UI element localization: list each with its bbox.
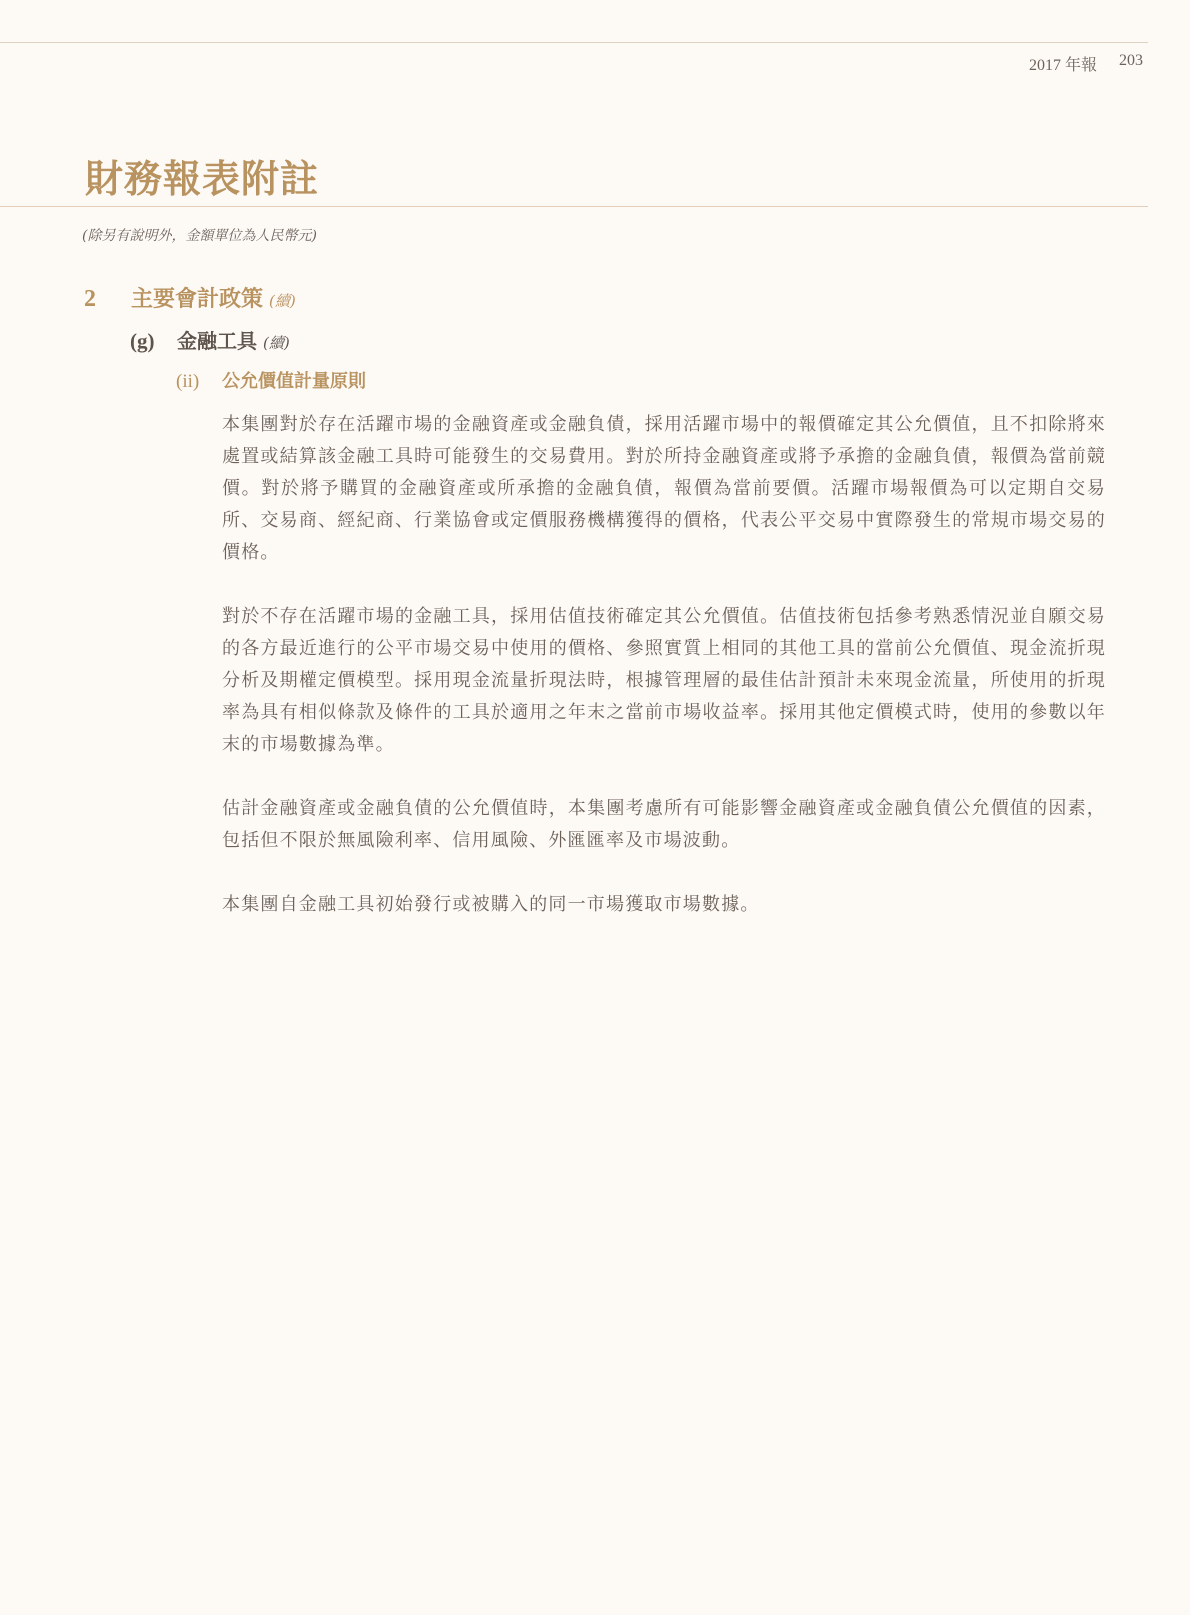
paragraph: 對於不存在活躍市場的金融工具，採用估值技術確定其公允價值。估值技術包括參考熟悉情… <box>222 601 1106 761</box>
paragraph: 本集團自金融工具初始發行或被購入的同一市場獲取市場數據。 <box>222 889 1106 921</box>
section-continued: (續) <box>269 290 296 311</box>
page-number: 203 <box>1119 52 1143 75</box>
item-number: (ii) <box>176 371 222 393</box>
item-title: 公允價值計量原則 <box>222 367 366 393</box>
item-heading: (ii) 公允價值計量原則 <box>176 367 366 393</box>
section-heading: 2 主要會計政策 (續) <box>84 282 296 313</box>
section-title: 主要會計政策 <box>131 282 263 313</box>
subsection-continued: (續) <box>263 332 290 353</box>
unit-note: (除另有說明外，金額單位為人民幣元) <box>82 225 317 245</box>
running-header: 2017 年報 203 <box>1029 52 1143 75</box>
report-year: 2017 年報 <box>1029 52 1097 75</box>
paragraph: 本集團對於存在活躍市場的金融資產或金融負債，採用活躍市場中的報價確定其公允價值，… <box>222 409 1106 569</box>
paragraph: 估計金融資產或金融負債的公允價值時，本集團考慮所有可能影響金融資產或金融負債公允… <box>222 793 1106 857</box>
page-title: 財務報表附註 <box>85 148 319 203</box>
header-rule <box>0 42 1148 43</box>
subsection-heading: (g) 金融工具 (續) <box>130 325 290 354</box>
section-number: 2 <box>84 286 131 313</box>
subsection-number: (g) <box>130 329 177 354</box>
subsection-title: 金融工具 <box>177 325 257 354</box>
body-text: 本集團對於存在活躍市場的金融資產或金融負債，採用活躍市場中的報價確定其公允價值，… <box>222 409 1106 953</box>
title-rule <box>0 206 1148 207</box>
